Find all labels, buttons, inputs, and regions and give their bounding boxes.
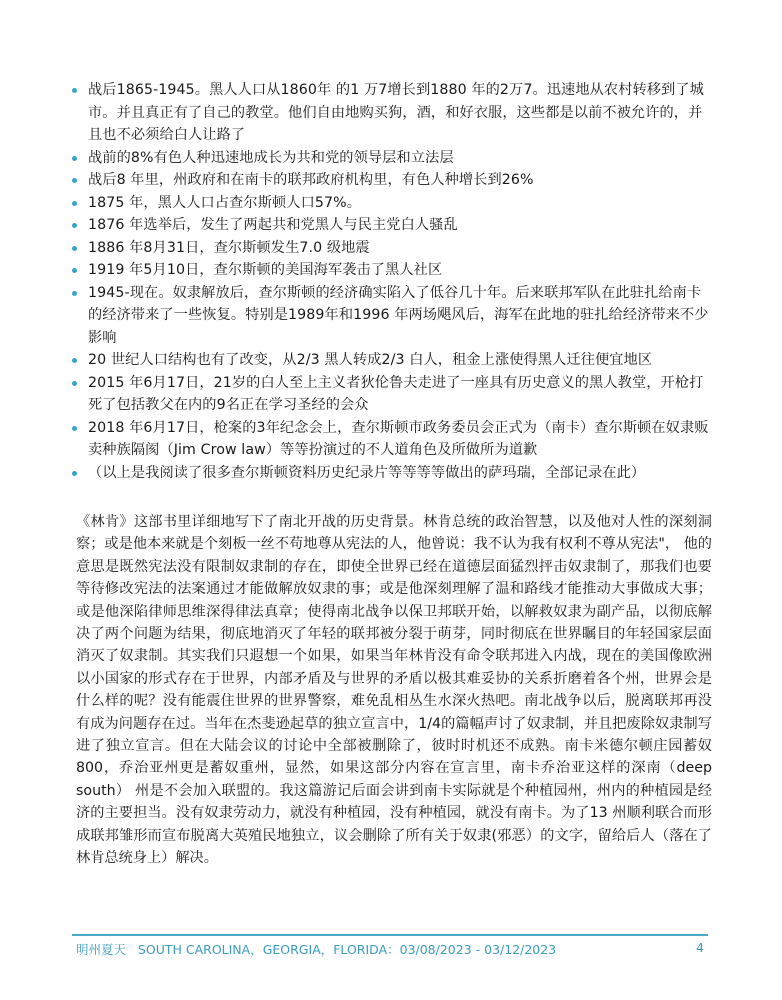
bullet-item: 战后1865-1945。黑人人口从1860年 的1 万7增长到1880 年的2万… [72, 79, 712, 147]
bullet-dot-icon [72, 268, 77, 273]
bullet-dot-icon [72, 201, 77, 206]
bullet-item: 2018 年6月17日，枪案的3年纪念会上，查尔斯顿市政务委员会正式为（南卡）查… [72, 417, 712, 462]
bullet-dot-icon [72, 426, 77, 431]
bullet-item: 20 世纪人口结构也有了改变，从2/3 黑人转成2/3 白人，租金上涨使得黑人迁… [72, 349, 712, 372]
bullet-item: 1876 年选举后，发生了两起共和党黑人与民主党白人骚乱 [72, 214, 712, 237]
bullet-item: 战后8 年里，州政府和在南卡的联邦政府机构里，有色人种增长到26% [72, 169, 712, 192]
bullet-item: 1886 年8月31日，查尔斯顿发生7.0 级地震 [72, 237, 712, 260]
bullet-dot-icon [72, 156, 77, 161]
bullet-dot-icon [72, 358, 77, 363]
bullet-item: 2015 年6月17日，21岁的白人至上主义者狄伦鲁夫走进了一座具有历史意义的黑… [72, 372, 712, 417]
document-page: 战后1865-1945。黑人人口从1860年 的1 万7增长到1880 年的2万… [0, 0, 782, 1000]
footer-running-title: 明州夏天 SOUTH CAROLINA，GEORGIA，FLORIDA：03/0… [76, 940, 556, 958]
bullet-item: 1919 年5月10日，查尔斯顿的美国海军袭击了黑人社区 [72, 259, 712, 282]
bullet-dot-icon [72, 246, 77, 251]
lincoln-paragraph: 《林肯》这部书里详细地写下了南北开战的历史背景。林肯总统的政治智慧，以及他对人性… [76, 511, 712, 870]
footer-divider [72, 934, 708, 936]
bullet-item: 战前的8%有色人种迅速地成长为共和党的领导层和立法层 [72, 147, 712, 170]
bullet-dot-icon [72, 178, 77, 183]
bullet-dot-icon [72, 223, 77, 228]
bullet-dot-icon [72, 381, 77, 386]
bullet-item: 1945-现在。奴隶解放后，查尔斯顿的经济确实陷入了低谷几十年。后来联邦军队在此… [72, 282, 712, 350]
bullet-dot-icon [72, 88, 77, 93]
bullet-item: 1875 年，黑人人口占查尔斯顿人口57%。 [72, 192, 712, 215]
page-number: 4 [696, 940, 704, 955]
bullet-dot-icon [72, 291, 77, 296]
bullet-item: （以上是我阅读了很多查尔斯顿资料历史纪录片等等等等做出的萨玛瑞，全部记录在此） [72, 462, 712, 485]
history-bullet-list: 战后1865-1945。黑人人口从1860年 的1 万7增长到1880 年的2万… [72, 79, 712, 484]
bullet-dot-icon [72, 471, 77, 476]
